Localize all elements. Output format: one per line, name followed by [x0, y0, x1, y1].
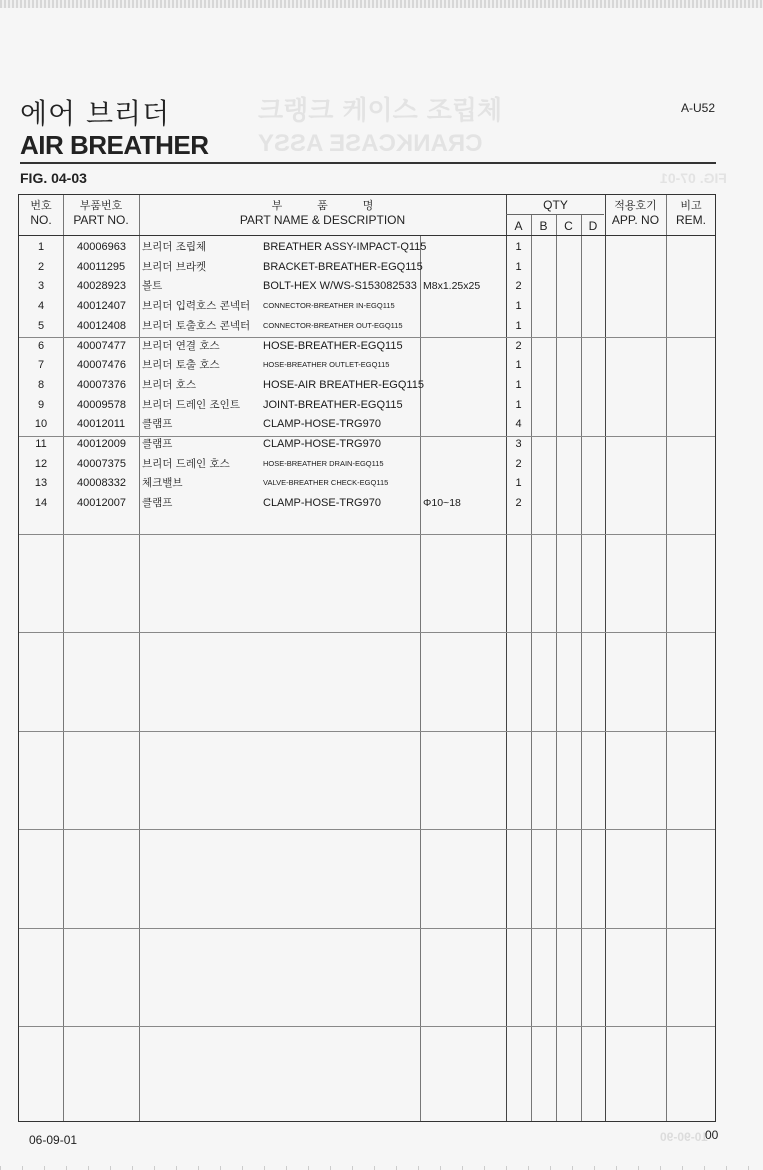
header-name-kr: 부 품 명: [139, 199, 506, 213]
part-name: JOINT-BREATHER-EGQ115: [263, 395, 403, 415]
bleed-through-title-en: CRANKCASE ASSY: [258, 130, 482, 158]
header-part-kr: 부품번호: [63, 199, 139, 213]
header-qty: QTY: [506, 198, 605, 212]
table-row: 940009578브리더 드레인 조인트JOINT-BREATHER-EGQ11…: [19, 395, 715, 415]
page-code: A-U52: [681, 101, 715, 115]
part-name: HOSE-BREATHER DRAIN-EGQ115: [263, 454, 384, 474]
header-remarks: 비고 REM.: [666, 199, 716, 227]
header-rem-en: REM.: [666, 213, 716, 227]
part-number: 40008332: [77, 473, 126, 493]
qty-a: 1: [506, 296, 531, 316]
item-number: 7: [19, 355, 63, 375]
qty-a: 4: [506, 414, 531, 434]
part-number: 40006963: [77, 237, 126, 257]
qty-a: 1: [506, 395, 531, 415]
part-name-korean: 브리더 토출 호스: [142, 355, 220, 375]
item-number: 2: [19, 257, 63, 277]
table-row: 840007376브리더 호스HOSE-AIR BREATHER-EGQ1151: [19, 375, 715, 395]
table-row: 1340008332체크밸브VALVE-BREATHER CHECK-EGQ11…: [19, 473, 715, 493]
item-number: 8: [19, 375, 63, 395]
page-number: 00: [705, 1128, 718, 1142]
part-name: CONNECTOR-BREATHER OUT-EGQ115: [263, 316, 403, 336]
header-qty-a: A: [506, 219, 531, 233]
group-divider: [19, 534, 715, 535]
header-no: 번호 NO.: [19, 199, 63, 227]
item-number: 11: [19, 434, 63, 454]
header-no-en: NO.: [19, 213, 63, 227]
part-name-korean: 체크밸브: [142, 473, 183, 493]
header-qty-b: B: [531, 219, 556, 233]
part-name-korean: 볼트: [142, 276, 162, 296]
table-row: 1040012011클램프CLAMP-HOSE-TRG9704: [19, 414, 715, 434]
part-spec: M8x1.25x25: [423, 276, 480, 296]
part-number: 40028923: [77, 276, 126, 296]
parts-table: 번호 NO. 부품번호 PART NO. 부 품 명 PART NAME & D…: [18, 194, 716, 1122]
group-divider: [19, 632, 715, 633]
header-part-no: 부품번호 PART NO.: [63, 199, 139, 227]
part-number: 40007375: [77, 454, 126, 474]
item-number: 13: [19, 473, 63, 493]
table-row: 740007476브리더 토출 호스HOSE-BREATHER OUTLET-E…: [19, 355, 715, 375]
header-name: 부 품 명 PART NAME & DESCRIPTION: [139, 199, 506, 227]
header-name-en: PART NAME & DESCRIPTION: [139, 213, 506, 227]
qty-a: 3: [506, 434, 531, 454]
qty-a: 1: [506, 473, 531, 493]
part-name-korean: 클램프: [142, 434, 172, 454]
page-title: AIR BREATHER: [20, 130, 209, 161]
part-number: 40012007: [77, 493, 126, 513]
header-rem-kr: 비고: [666, 199, 716, 213]
table-row: 640007477브리더 연결 호스HOSE-BREATHER-EGQ1152: [19, 336, 715, 356]
title-rule: [20, 162, 716, 164]
part-name-korean: 브리더 연결 호스: [142, 336, 220, 356]
revision-date: 06-09-01: [29, 1133, 77, 1147]
page-title-korean: 에어 브리더: [20, 92, 170, 132]
table-row: 1240007375브리더 드레인 호스HOSE-BREATHER DRAIN-…: [19, 454, 715, 474]
header-app-kr: 적용호기: [605, 199, 666, 213]
qty-a: 2: [506, 454, 531, 474]
part-number: 40007477: [77, 336, 126, 356]
item-number: 5: [19, 316, 63, 336]
part-name: VALVE-BREATHER CHECK-EGQ115: [263, 473, 388, 493]
table-row: 1440012007클램프CLAMP-HOSE-TRG970Φ10~182: [19, 493, 715, 513]
table-row: 540012408브리더 토출호스 콘넥터CONNECTOR-BREATHER …: [19, 316, 715, 336]
part-name-korean: 브리더 입력호스 콘넥터: [142, 296, 250, 316]
table-row: 1140012009클램프CLAMP-HOSE-TRG9703: [19, 434, 715, 454]
part-name-korean: 클램프: [142, 493, 172, 513]
table-row: 240011295브리더 브라켓BRACKET-BREATHER-EGQ1151: [19, 257, 715, 277]
part-name: BRACKET-BREATHER-EGQ115: [263, 257, 423, 277]
bleed-through-title-kr: 크랭크 케이스 조립체: [258, 90, 502, 127]
qty-a: 1: [506, 375, 531, 395]
part-name-korean: 브리더 브라켓: [142, 257, 206, 277]
header-part-en: PART NO.: [63, 213, 139, 227]
part-number: 40012011: [77, 414, 125, 434]
part-name: CLAMP-HOSE-TRG970: [263, 414, 381, 434]
part-number: 40012408: [77, 316, 126, 336]
qty-a: 1: [506, 316, 531, 336]
qty-a: 1: [506, 355, 531, 375]
figure-label: FIG. 04-03: [20, 170, 87, 186]
header-app-no: 적용호기 APP. NO: [605, 199, 666, 227]
bleed-through-date: 10-90-90: [660, 1130, 708, 1144]
part-name: CONNECTOR-BREATHER IN-EGQ115: [263, 296, 395, 316]
qty-a: 2: [506, 276, 531, 296]
qty-a: 2: [506, 336, 531, 356]
part-name-korean: 브리더 드레인 호스: [142, 454, 230, 474]
qty-a: 1: [506, 237, 531, 257]
qty-a: 1: [506, 257, 531, 277]
item-number: 9: [19, 395, 63, 415]
header-bottom-rule: [19, 235, 715, 236]
item-number: 1: [19, 237, 63, 257]
part-name-korean: 브리더 토출호스 콘넥터: [142, 316, 250, 336]
part-name: HOSE-BREATHER OUTLET-EGQ115: [263, 355, 389, 375]
item-number: 10: [19, 414, 63, 434]
header-qty-c: C: [556, 219, 581, 233]
group-divider: [19, 829, 715, 830]
part-name: CLAMP-HOSE-TRG970: [263, 434, 381, 454]
header-app-en: APP. NO: [605, 213, 666, 227]
qty-a: 2: [506, 493, 531, 513]
group-divider: [19, 928, 715, 929]
header-qty-d: D: [581, 219, 605, 233]
table-row: 440012407브리더 입력호스 콘넥터CONNECTOR-BREATHER …: [19, 296, 715, 316]
part-name: BOLT-HEX W/WS-S153082533: [263, 276, 417, 296]
part-name: HOSE-BREATHER-EGQ115: [263, 336, 403, 356]
part-name-korean: 클램프: [142, 414, 172, 434]
part-number: 40011295: [77, 257, 125, 277]
item-number: 14: [19, 493, 63, 513]
part-number: 40012009: [77, 434, 126, 454]
group-divider: [19, 731, 715, 732]
item-number: 4: [19, 296, 63, 316]
part-name-korean: 브리더 호스: [142, 375, 196, 395]
part-number: 40012407: [77, 296, 126, 316]
part-number: 40007376: [77, 375, 126, 395]
part-name-korean: 브리더 드레인 조인트: [142, 395, 240, 415]
part-name: BREATHER ASSY-IMPACT-Q115: [263, 237, 426, 257]
group-divider: [19, 1026, 715, 1027]
table-row: 340028923볼트BOLT-HEX W/WS-S153082533M8x1.…: [19, 276, 715, 296]
item-number: 12: [19, 454, 63, 474]
table-row: 140006963브리더 조립체BREATHER ASSY-IMPACT-Q11…: [19, 237, 715, 257]
part-name: CLAMP-HOSE-TRG970: [263, 493, 381, 513]
header-no-kr: 번호: [19, 199, 63, 213]
qty-divider: [506, 214, 604, 215]
part-spec: Φ10~18: [423, 493, 461, 513]
part-number: 40007476: [77, 355, 126, 375]
scan-edge-band: [0, 0, 763, 8]
part-name: HOSE-AIR BREATHER-EGQ115: [263, 375, 424, 395]
item-number: 6: [19, 336, 63, 356]
scan-edge-band: [0, 1166, 763, 1170]
bleed-through-figure: FIG. 07-01: [660, 170, 727, 186]
part-number: 40009578: [77, 395, 126, 415]
item-number: 3: [19, 276, 63, 296]
part-name-korean: 브리더 조립체: [142, 237, 206, 257]
